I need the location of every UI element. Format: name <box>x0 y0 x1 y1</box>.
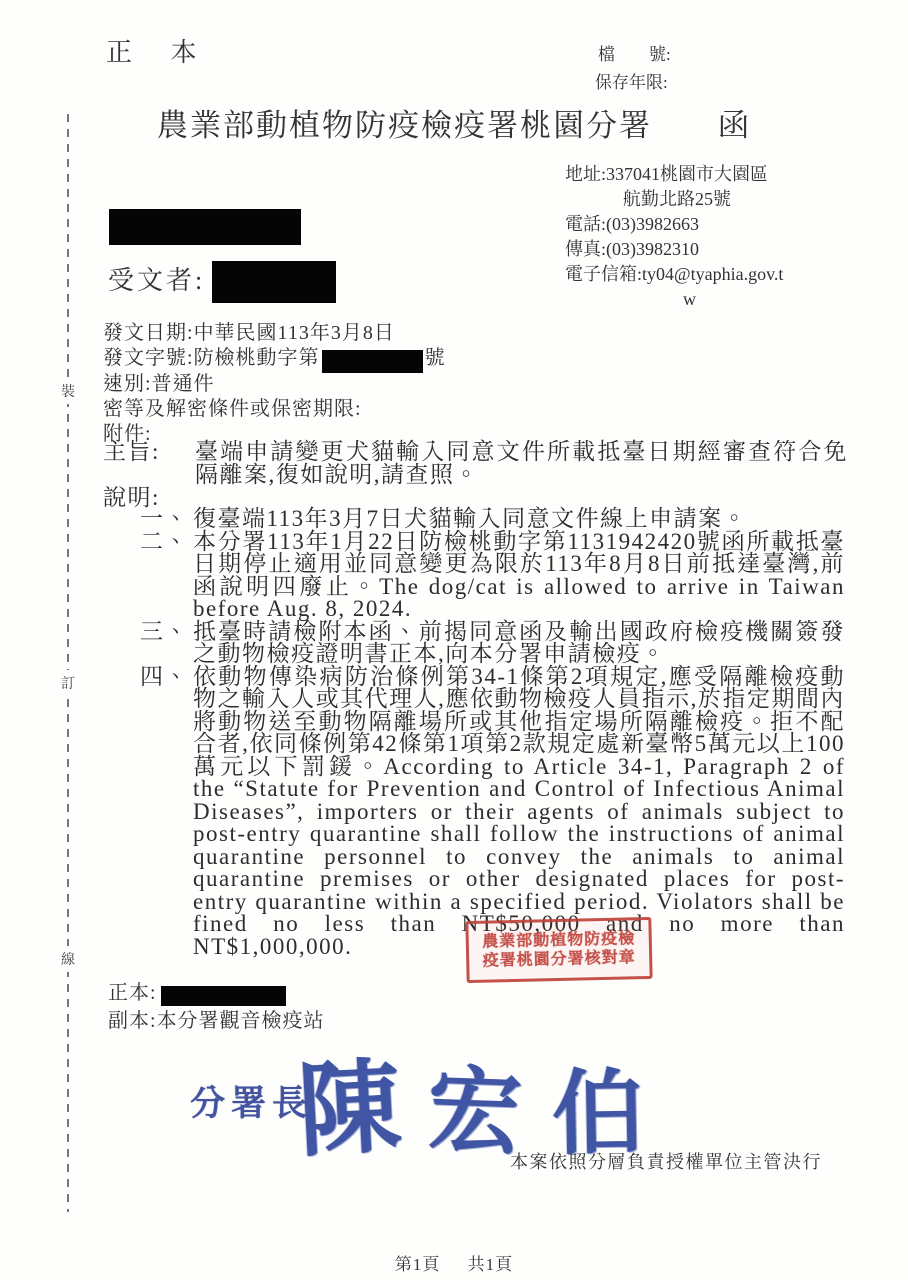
subject-text: 臺端申請變更犬貓輸入同意文件所載抵臺日期經審查符合免隔離案,復如說明,請查照。 <box>195 441 848 486</box>
sender-phone: 電話:(03)3982663 <box>565 212 783 237</box>
description-item-2: 二、 本分署113年1月22日防檢桃動字第1131942420號函所載抵臺日期停… <box>140 531 850 621</box>
description-item-4: 四、 依動物傳染病防治條例第34-1條第2項規定,應受隔離檢疫動物之輸入人或其代… <box>140 666 850 959</box>
doc-number-line: 發文字號:防檢桃動字第號 <box>103 341 446 370</box>
redaction-box-recipient-address <box>109 209 301 245</box>
sender-address-line2: 航勤北路25號 <box>565 187 783 212</box>
binding-mark-ding: 訂 <box>55 670 81 696</box>
original-copy-line: 正本: <box>108 976 286 1005</box>
binding-mark-zhuang: 裝 <box>55 378 81 404</box>
sender-email-line1: 電子信箱:ty04@tyaphia.gov.t <box>565 262 783 287</box>
document-title: 農業部動植物防疫檢疫署桃園分署 函 <box>114 100 794 145</box>
binding-mark-xian: 線 <box>55 946 81 972</box>
binding-dashed-line <box>67 114 69 1212</box>
retention-period-label: 保存年限: <box>595 68 668 93</box>
description-item-1: 一、 復臺端113年3月7日犬貓輸入同意文件線上申請案。 <box>140 508 850 531</box>
signer-title-stamp: 分署長 <box>190 1076 313 1126</box>
footer-page-total: 共1頁 <box>468 1255 514 1274</box>
description-items: 一、 復臺端113年3月7日犬貓輸入同意文件線上申請案。 二、 本分署113年1… <box>140 508 850 958</box>
scanned-official-letter: 裝 訂 線 正 本 檔 號: 保存年限: 農業部動植物防疫檢疫署桃園分署 函 地… <box>0 0 908 1280</box>
delegation-note: 本案依照分層負責授權單位主管決行 <box>510 1148 822 1174</box>
sender-email-line2: w <box>565 287 783 312</box>
copy-type-label: 正 本 <box>106 32 213 69</box>
recipient-label: 受文者: <box>108 260 205 297</box>
file-number-label: 檔 號: <box>598 40 671 65</box>
description-item-3: 三、 抵臺時請檢附本函、前揭同意函及輸出國政府檢疫機關簽發之動物檢疫證明書正本,… <box>140 621 850 666</box>
redaction-box-original-recipient <box>161 986 286 1006</box>
sender-contact-block: 地址:337041桃園市大園區 航勤北路25號 電話:(03)3982663 傳… <box>565 162 783 312</box>
redaction-box-recipient-name <box>212 261 336 303</box>
subject-section: 主旨: 臺端申請變更犬貓輸入同意文件所載抵臺日期經審查符合免隔離案,復如說明,請… <box>103 441 848 486</box>
sender-fax: 傳真:(03)3982310 <box>565 237 783 262</box>
carbon-copy-line: 副本:本分署觀音檢疫站 <box>108 1004 325 1033</box>
subject-label: 主旨: <box>103 441 195 486</box>
redaction-box-doc-number <box>322 350 423 373</box>
agency-red-seal: 農業部動植物防疫檢 疫署桃園分署核對章 <box>465 917 652 983</box>
sender-address-line1: 地址:337041桃園市大園區 <box>565 162 783 187</box>
footer-page-number: 第1頁 <box>395 1255 441 1274</box>
page-footer: 第1頁 共1頁 <box>0 1250 908 1275</box>
